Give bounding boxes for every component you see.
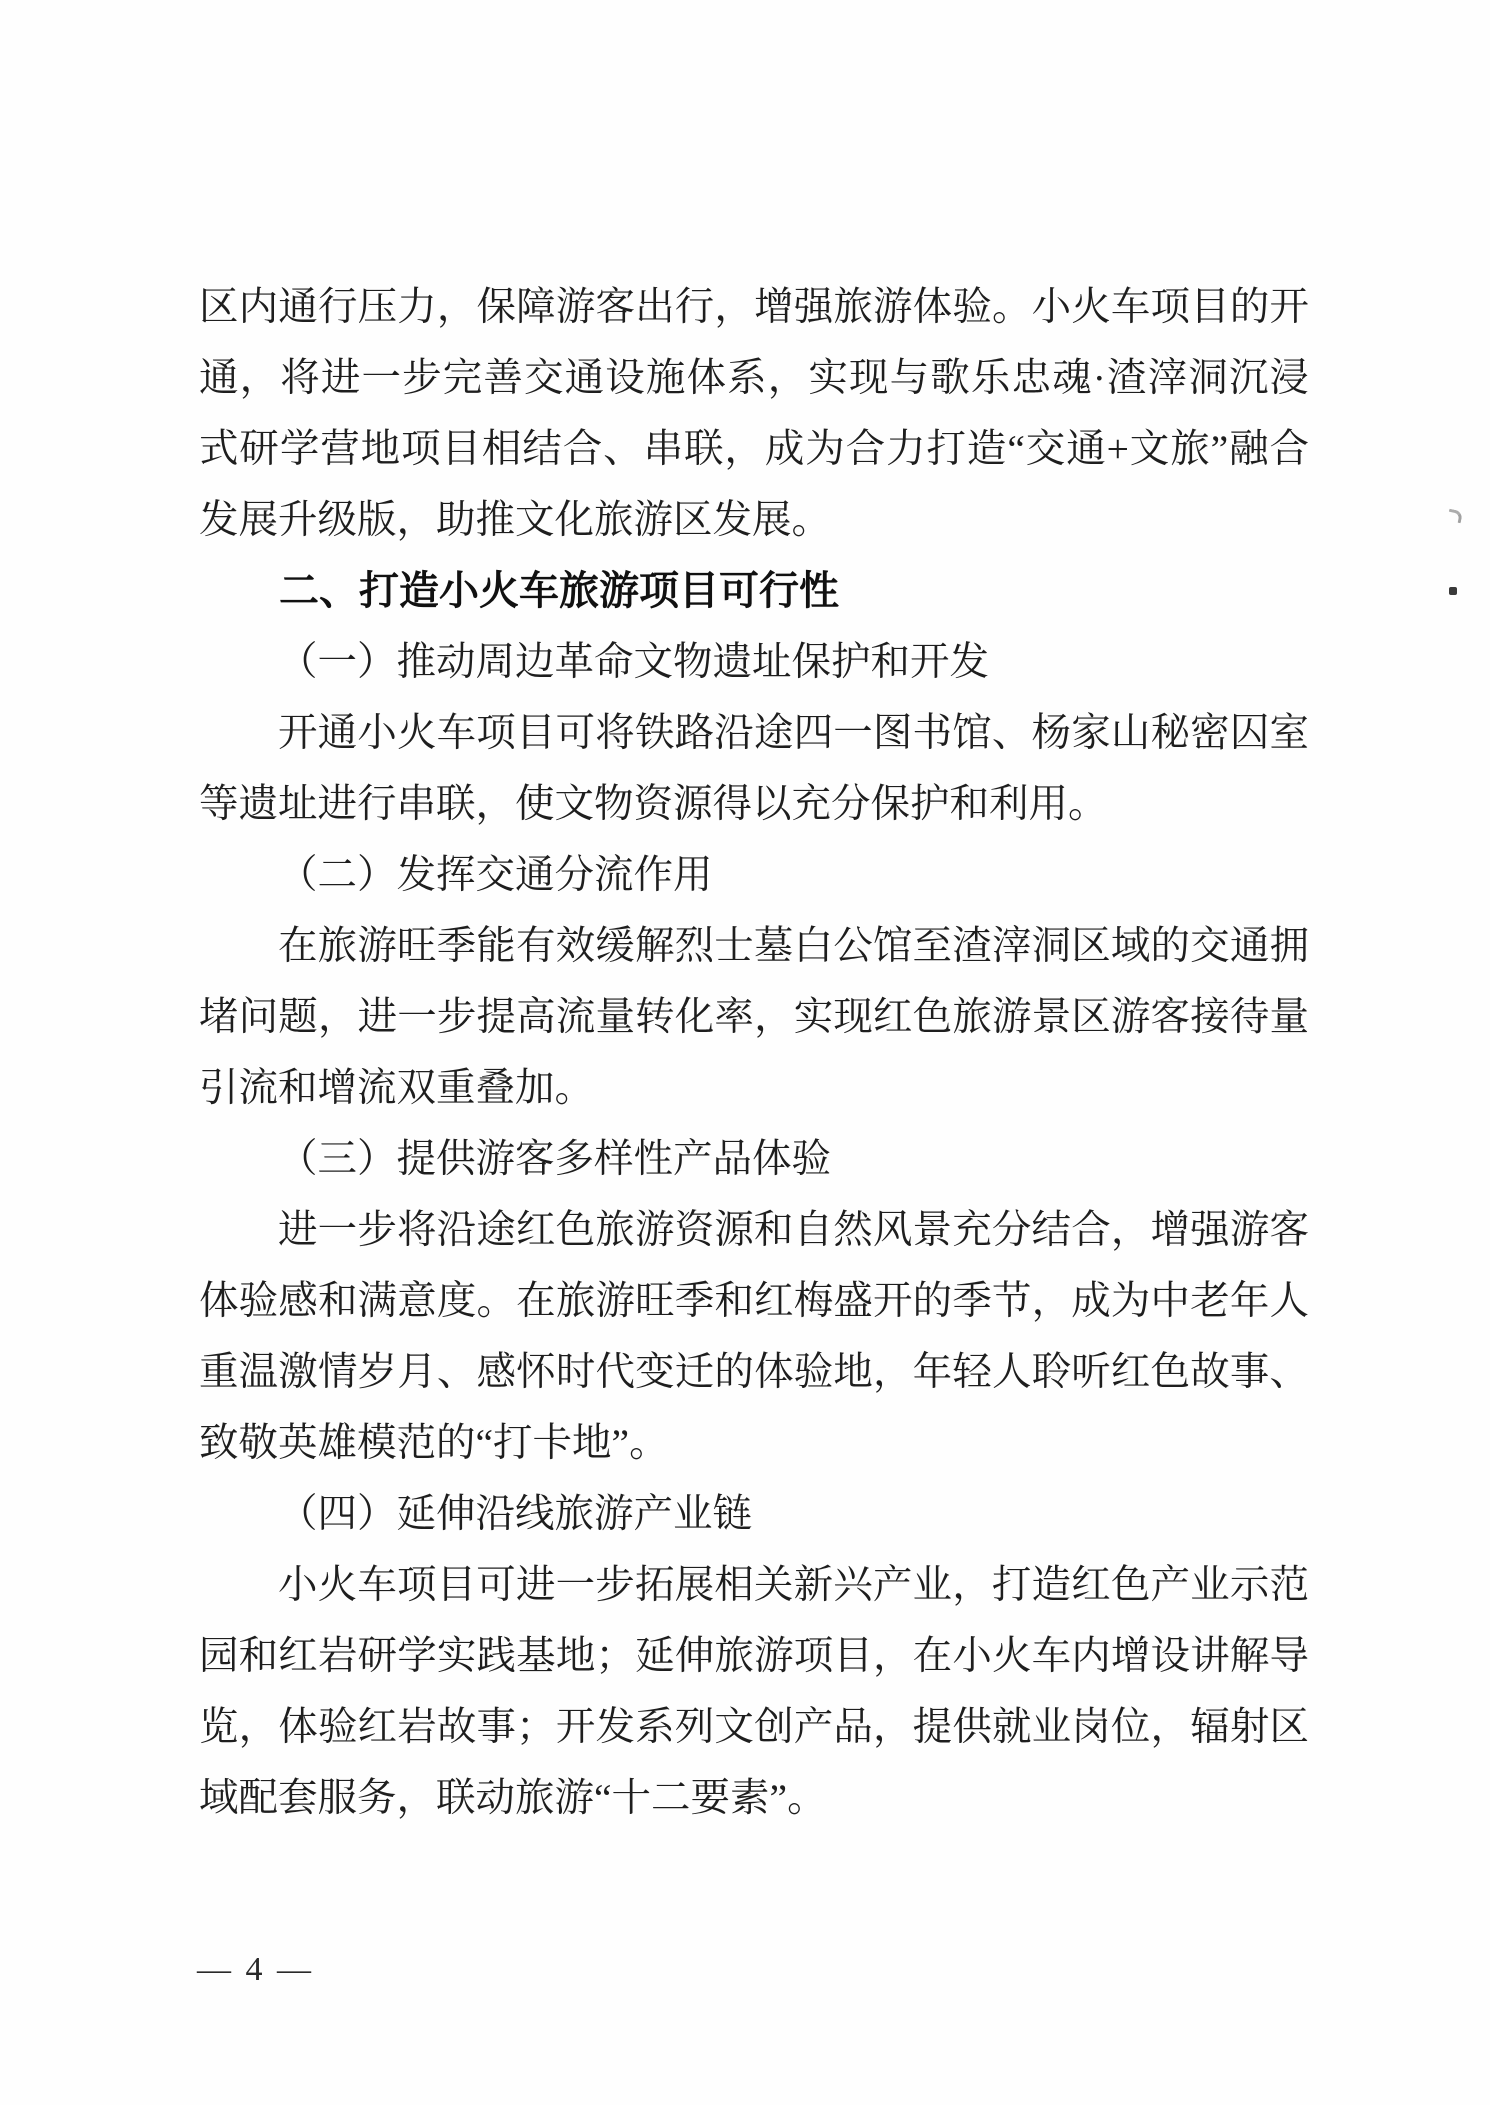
paragraph: 在旅游旺季能有效缓解烈士墓白公馆至渣滓洞区域的交通拥堵问题，进一步提高流量转化率…	[199, 911, 1309, 1124]
paragraph: 开通小火车项目可将铁路沿途四一图书馆、杨家山秘密囚室等遗址进行串联，使文物资源得…	[199, 698, 1309, 840]
scan-artifact-dot	[1449, 587, 1457, 595]
subsection-heading: （三）提供游客多样性产品体验	[199, 1124, 1309, 1195]
page-number: — 4 —	[197, 1950, 314, 1990]
scan-artifact-mark	[1447, 509, 1463, 524]
paragraph: 区内通行压力，保障游客出行，增强旅游体验。小火车项目的开通，将进一步完善交通设施…	[199, 272, 1309, 556]
subsection-heading: （一）推动周边革命文物遗址保护和开发	[199, 627, 1309, 698]
paragraph: 小火车项目可进一步拓展相关新兴产业，打造红色产业示范园和红岩研学实践基地；延伸旅…	[199, 1550, 1309, 1834]
document-page: 区内通行压力，保障游客出行，增强旅游体验。小火车项目的开通，将进一步完善交通设施…	[0, 0, 1490, 2105]
section-heading: 二、打造小火车旅游项目可行性	[199, 556, 1309, 627]
subsection-heading: （四）延伸沿线旅游产业链	[199, 1479, 1309, 1550]
subsection-heading: （二）发挥交通分流作用	[199, 840, 1309, 911]
paragraph: 进一步将沿途红色旅游资源和自然风景充分结合，增强游客体验感和满意度。在旅游旺季和…	[199, 1195, 1309, 1479]
document-body: 区内通行压力，保障游客出行，增强旅游体验。小火车项目的开通，将进一步完善交通设施…	[199, 272, 1309, 1834]
